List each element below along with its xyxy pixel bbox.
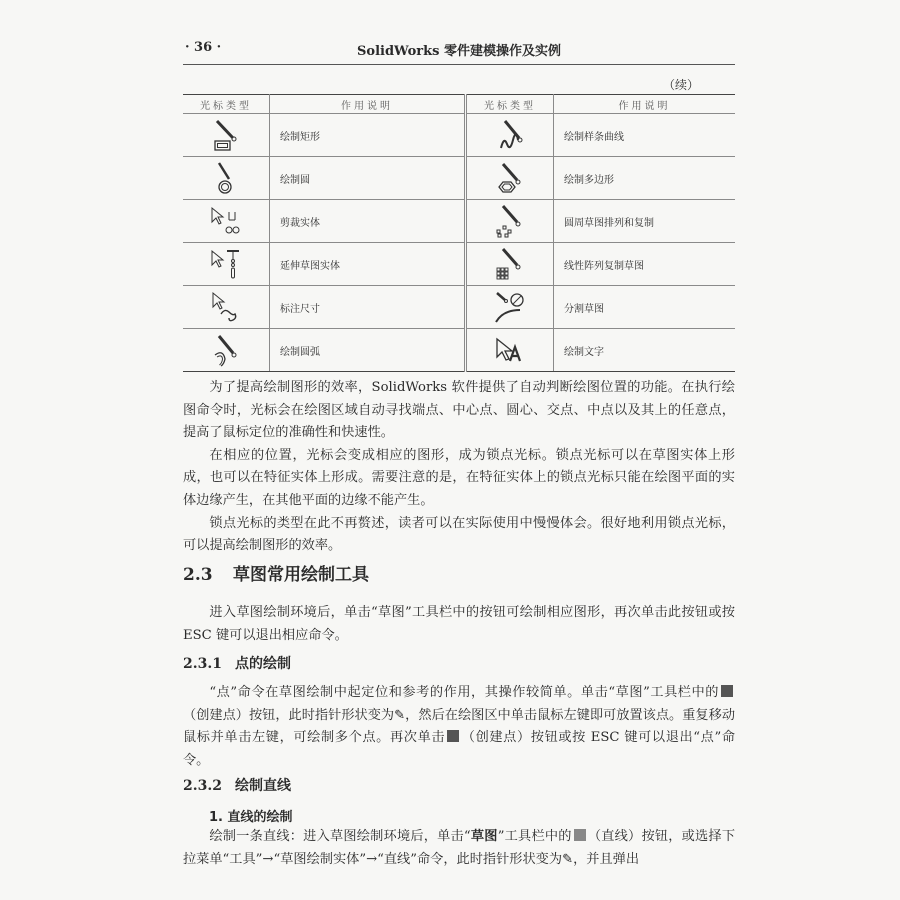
cursor-description: 标注尺寸 [270, 286, 466, 329]
cursor-type-table: 光标类型 作用说明 光标类型 作用说明 绘制矩形 绘制样条曲线 绘制圆 [183, 94, 735, 372]
section-heading-2-3-1: 2.3.1点的绘制 [183, 653, 291, 673]
column-header: 光标类型 [183, 95, 270, 114]
pencil-spline-cursor-icon [466, 114, 554, 157]
pencil-circular-pattern-cursor-icon [466, 200, 554, 243]
arrow-scissors-cursor-icon [183, 200, 270, 243]
cursor-description: 绘制文字 [554, 329, 736, 372]
cursor-description: 绘制矩形 [270, 114, 466, 157]
paragraph: 为了提高绘制图形的效率，SolidWorks 软件提供了自动判断绘图位置的功能。… [183, 377, 735, 445]
section-2-3-intro: 进入草图绘制环境后，单击“草图”工具栏中的按钮可绘制相应图形，再次单击此按钮或按… [183, 602, 735, 647]
table-header-row: 光标类型 作用说明 光标类型 作用说明 [183, 95, 735, 114]
pencil-linear-pattern-cursor-icon [466, 243, 554, 286]
page-header: · 36 · SolidWorks 零件建模操作及实例 [183, 40, 735, 62]
section-heading-2-3-2: 2.3.2绘制直线 [183, 775, 291, 795]
line-button-icon [574, 829, 586, 841]
table-row: 绘制矩形 绘制样条曲线 [183, 114, 735, 157]
pencil-polygon-cursor-icon [466, 157, 554, 200]
table-row: 绘制圆 绘制多边形 [183, 157, 735, 200]
split-sketch-cursor-icon [466, 286, 554, 329]
cursor-description: 绘制圆 [270, 157, 466, 200]
paragraph: 绘制一条直线：进入草图绘制环境后，单击“草图”工具栏中的（直线）按钮，或选择下拉… [183, 826, 735, 871]
table-row: 绘制圆弧 绘制文字 [183, 329, 735, 372]
paragraph: 锁点光标的类型在此不再赘述，读者可以在实际使用中慢慢体会。很好地利用锁点光标，可… [183, 513, 735, 558]
arrow-text-cursor-icon [466, 329, 554, 372]
column-header: 作用说明 [270, 95, 466, 114]
table-row: 标注尺寸 分割草图 [183, 286, 735, 329]
section-2-3-2-body: 绘制一条直线：进入草图绘制环境后，单击“草图”工具栏中的（直线）按钮，或选择下拉… [183, 826, 735, 871]
cursor-description: 分割草图 [554, 286, 736, 329]
paragraph: “点”命令在草图绘制中起定位和参考的作用，其操作较简单。单击“草图”工具栏中的（… [183, 682, 735, 772]
cursor-description: 绘制多边形 [554, 157, 736, 200]
arrow-extend-cursor-icon [183, 243, 270, 286]
line-cursor-icon: ✎ [562, 852, 573, 867]
cursor-description: 线性阵列复制草图 [554, 243, 736, 286]
section-2-3-1-body: “点”命令在草图绘制中起定位和参考的作用，其操作较简单。单击“草图”工具栏中的（… [183, 682, 735, 772]
header-divider [183, 64, 735, 65]
table-continued-label: （续） [663, 76, 699, 93]
column-header: 光标类型 [466, 95, 554, 114]
create-point-button-icon [721, 685, 733, 697]
point-cursor-icon: ✎ [394, 708, 405, 723]
cursor-description: 剪裁实体 [270, 200, 466, 243]
cursor-description: 绘制圆弧 [270, 329, 466, 372]
column-header: 作用说明 [554, 95, 736, 114]
subsection-heading: 1. 直线的绘制 [209, 806, 293, 825]
create-point-button-icon [447, 730, 459, 742]
pencil-circle-cursor-icon [183, 157, 270, 200]
body-paragraphs: 为了提高绘制图形的效率，SolidWorks 软件提供了自动判断绘图位置的功能。… [183, 377, 735, 558]
section-heading-2-3: 2.3草图常用绘制工具 [183, 560, 369, 585]
cursor-description: 延伸草图实体 [270, 243, 466, 286]
cursor-description: 绘制样条曲线 [554, 114, 736, 157]
paragraph: 在相应的位置，光标会变成相应的图形，成为锁点光标。锁点光标可以在草图实体上形成，… [183, 445, 735, 513]
cursor-description: 圆周草图排列和复制 [554, 200, 736, 243]
pencil-rectangle-cursor-icon [183, 114, 270, 157]
arrow-dimension-cursor-icon [183, 286, 270, 329]
table-row: 延伸草图实体 线性阵列复制草图 [183, 243, 735, 286]
table-row: 剪裁实体 圆周草图排列和复制 [183, 200, 735, 243]
pencil-arc-cursor-icon [183, 329, 270, 372]
book-title: SolidWorks 零件建模操作及实例 [183, 40, 735, 59]
